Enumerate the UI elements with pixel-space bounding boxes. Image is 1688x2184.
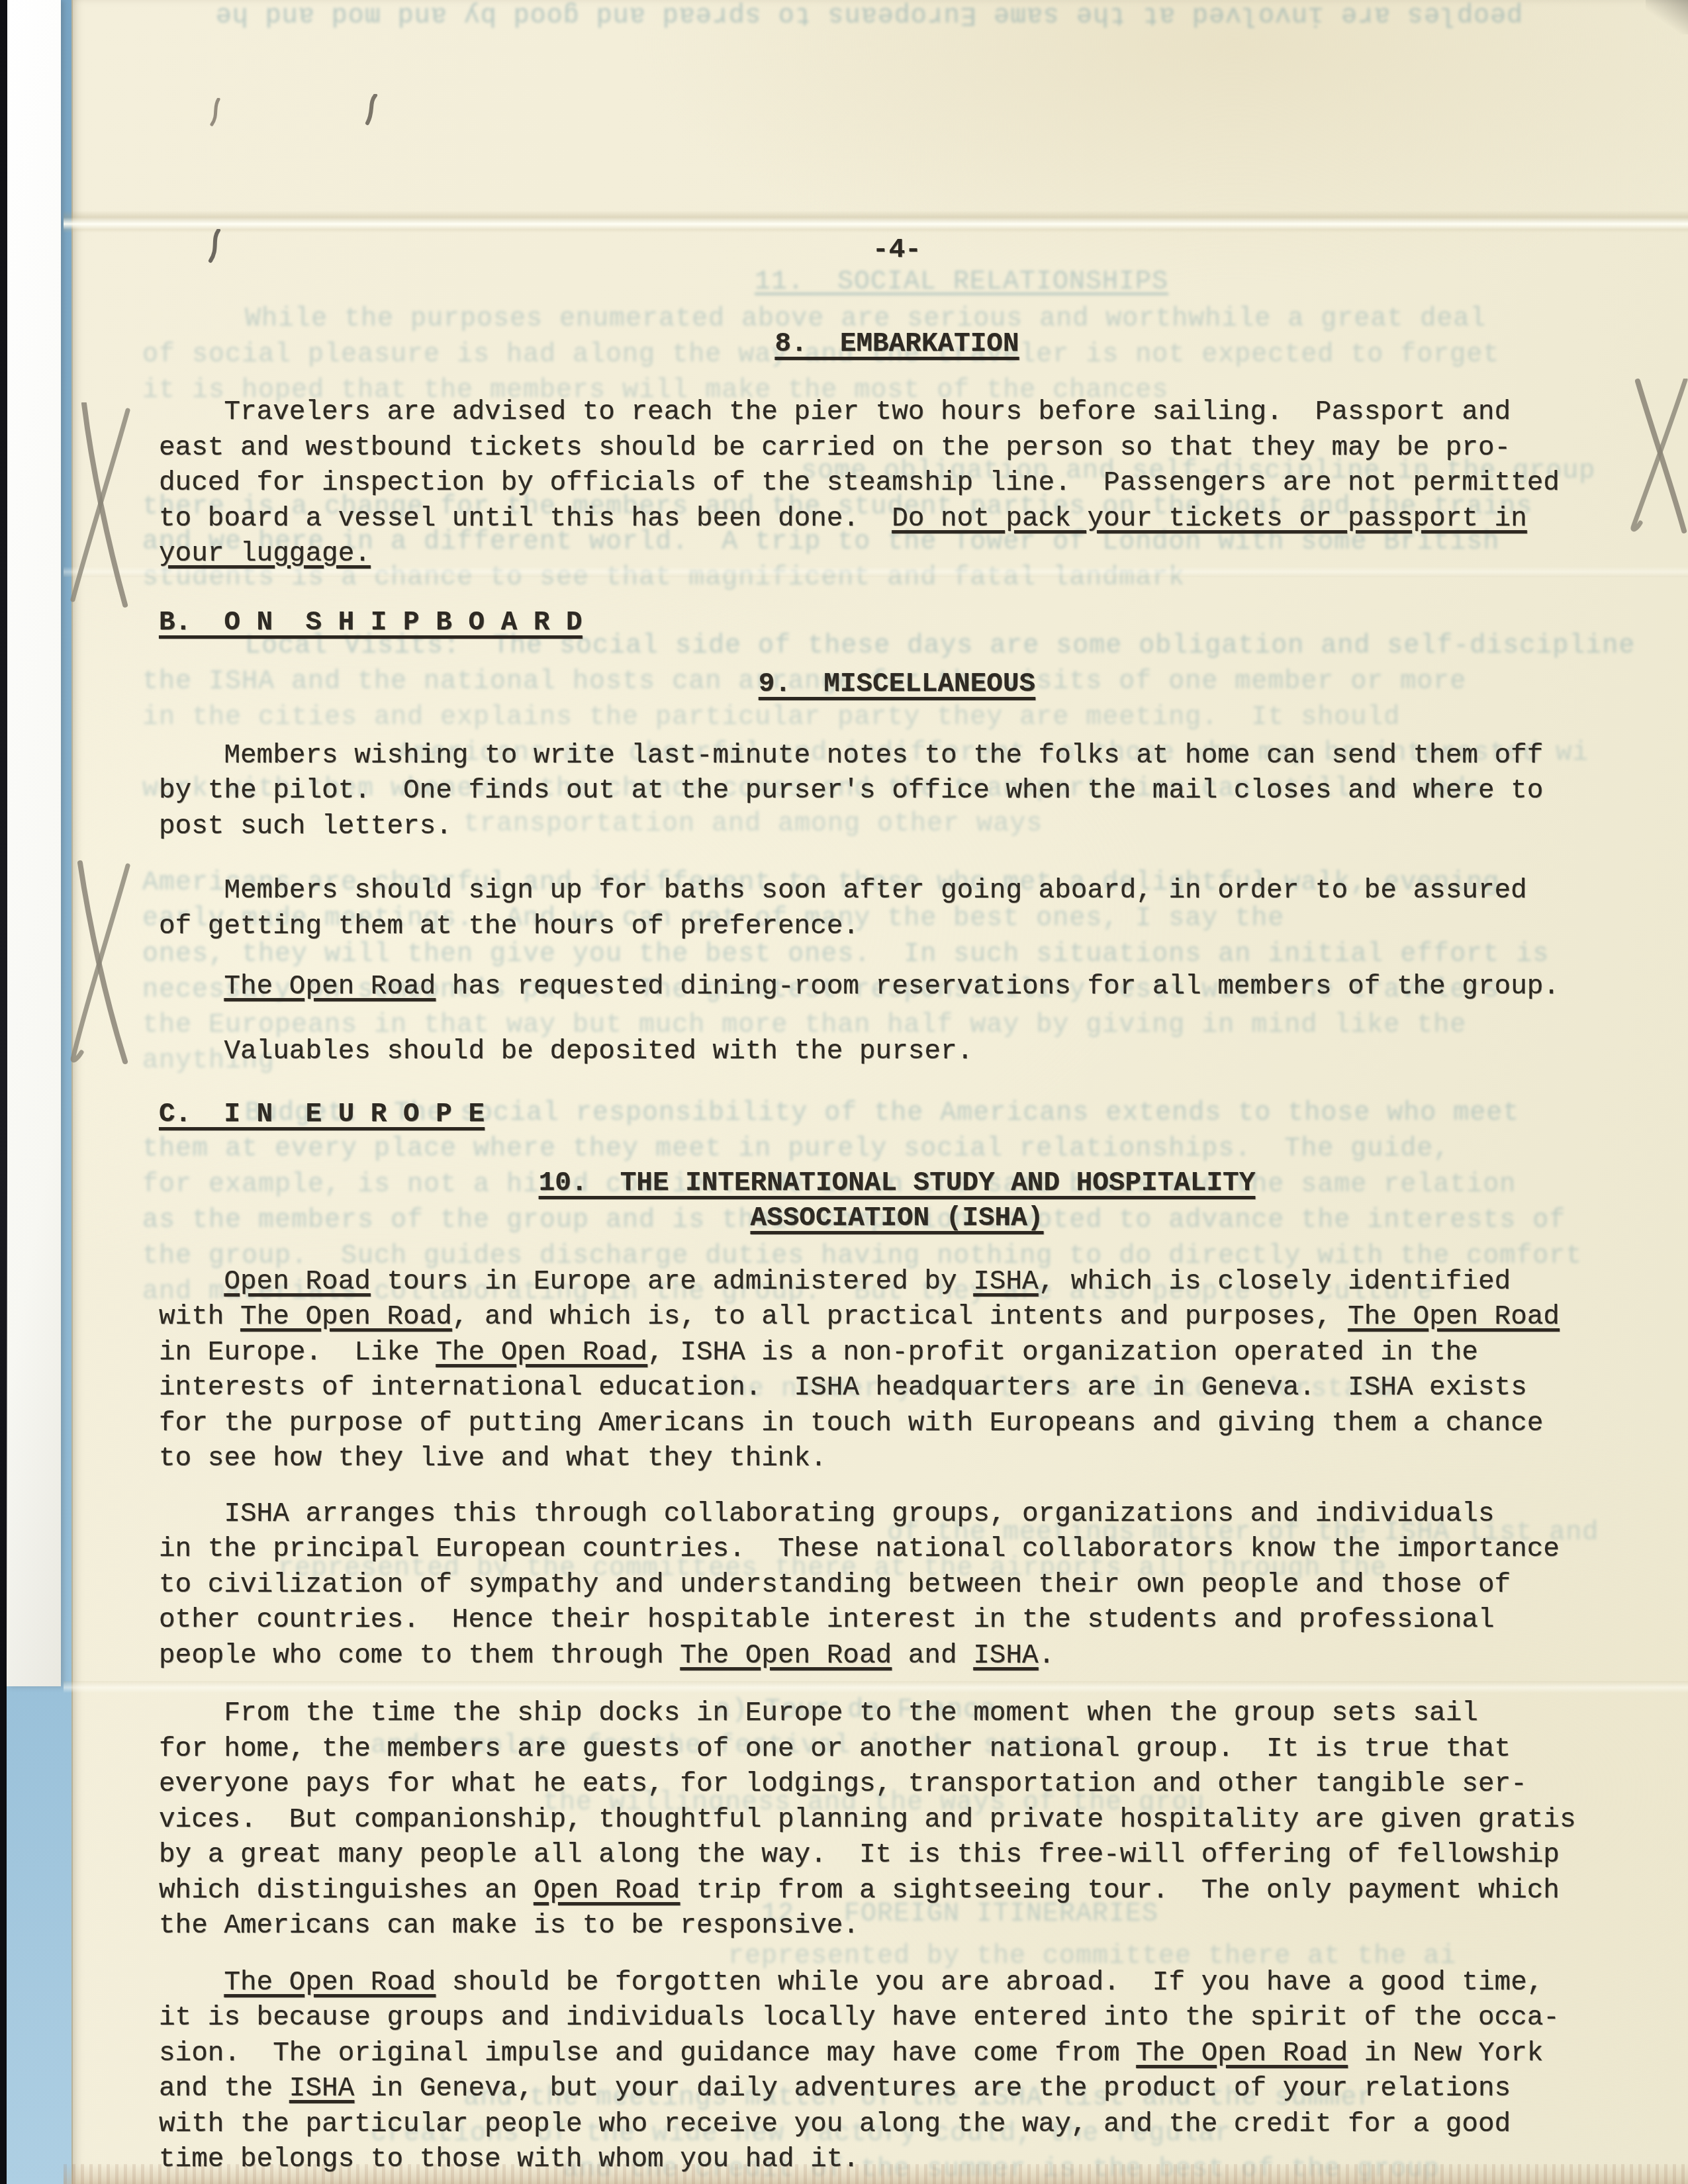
underlined-phrase: The Open Road xyxy=(436,1338,647,1368)
text-line: to board a vessel until this has been do… xyxy=(159,502,1549,537)
text-segment: of getting them at the hours of preferen… xyxy=(159,911,859,942)
text-line: east and westbound tickets should be car… xyxy=(159,431,1549,467)
pencil-x-mark-left-1 xyxy=(70,402,136,609)
paper-crease-mark xyxy=(205,229,225,263)
text-segment: with xyxy=(159,1302,240,1332)
paper-crease-mark xyxy=(359,94,382,126)
text-segment: duced for inspection by officials of the… xyxy=(159,468,1560,498)
text-segment: by the pilot. One finds out at the purse… xyxy=(159,776,1543,806)
page-number: -4- xyxy=(202,233,1592,269)
text-line: for the purpose of putting Americans in … xyxy=(159,1406,1549,1442)
text-line: duced for inspection by officials of the… xyxy=(159,466,1549,502)
underlined-phrase: your luggage. xyxy=(159,539,371,569)
text-segment: everyone pays for what he eats, for lodg… xyxy=(159,1769,1527,1799)
heading-text: 9. MISCELLANEOUS xyxy=(759,669,1035,700)
underlined-phrase: ISHA xyxy=(289,2073,354,2104)
underlined-phrase: The Open Road xyxy=(1136,2038,1348,2069)
underlined-phrase: Do not pack your tickets or passport in xyxy=(892,504,1527,534)
paragraph-p1: Travelers are advised to reach the pier … xyxy=(159,395,1549,572)
text-line: vices. But companionship, thoughtful pla… xyxy=(159,1803,1549,1839)
paragraph-p3: Members should sign up for baths soon af… xyxy=(159,874,1549,944)
paragraph-p7: ISHA arranges this through collaborating… xyxy=(159,1497,1549,1674)
text-segment: Valuables should be deposited with the p… xyxy=(224,1036,973,1067)
heading-text: C. I N E U R O P E xyxy=(159,1099,485,1130)
text-line: time belongs to those with whom you had … xyxy=(159,2142,1549,2178)
text-segment: . xyxy=(1039,1641,1055,1671)
text-line: of getting them at the hours of preferen… xyxy=(159,909,1549,945)
text-segment: post such letters. xyxy=(159,811,452,842)
text-segment: trip from a sightseeing tour. The only p… xyxy=(680,1876,1560,1906)
heading-line: ASSOCIATION (ISHA) xyxy=(202,1201,1592,1237)
text-line: everyone pays for what he eats, for lodg… xyxy=(159,1767,1549,1803)
underlined-phrase: ISHA xyxy=(973,1267,1038,1297)
heading-text: ASSOCIATION (ISHA) xyxy=(751,1203,1044,1234)
text-segment: to civilization of sympathy and understa… xyxy=(159,1570,1511,1600)
text-segment: time belongs to those with whom you had … xyxy=(159,2144,859,2175)
text-line: it is because groups and individuals loc… xyxy=(159,2001,1549,2036)
text-line: for home, the members are guests of one … xyxy=(159,1732,1549,1768)
text-segment: the Americans can make is to be responsi… xyxy=(159,1911,859,1941)
text-segment: ISHA arranges this through collaborating… xyxy=(224,1499,1494,1529)
text-line: to civilization of sympathy and understa… xyxy=(159,1568,1549,1604)
paper-crease-mark xyxy=(207,98,225,127)
text-segment: it is because groups and individuals loc… xyxy=(159,2003,1560,2033)
text-segment: Members wishing to write last-minute not… xyxy=(224,741,1543,771)
text-line: interests of international education. IS… xyxy=(159,1371,1549,1406)
text-line: Valuables should be deposited with the p… xyxy=(159,1034,1549,1070)
heading-text: 10. THE INTERNATIONAL STUDY AND HOSPITAL… xyxy=(539,1168,1256,1199)
text-line: Open Road tours in Europe are administer… xyxy=(159,1265,1549,1300)
text-segment: to board a vessel until this has been do… xyxy=(159,504,892,534)
text-segment: by a great many people all along the way… xyxy=(159,1840,1560,1870)
paragraph-p2: Members wishing to write last-minute not… xyxy=(159,739,1549,845)
text-segment: From the time the ship docks in Europe t… xyxy=(224,1698,1478,1729)
text-line: From the time the ship docks in Europe t… xyxy=(159,1696,1549,1732)
text-line: to see how they live and what they think… xyxy=(159,1441,1549,1477)
text-line: The Open Road has requested dining-room … xyxy=(159,970,1549,1005)
text-segment: , and which is, to all practical intents… xyxy=(452,1302,1348,1332)
text-segment: with the particular people who receive y… xyxy=(159,2109,1511,2140)
text-line: with The Open Road, and which is, to all… xyxy=(159,1300,1549,1336)
text-segment: east and westbound tickets should be car… xyxy=(159,433,1511,463)
text-segment: Travelers are advised to reach the pier … xyxy=(224,397,1511,428)
paragraph-p8: From the time the ship docks in Europe t… xyxy=(159,1696,1549,1944)
text-line: the Americans can make is to be responsi… xyxy=(159,1909,1549,1944)
heading-text: 8. EMBARKATION xyxy=(774,329,1019,359)
text-line: which distinguishes an Open Road trip fr… xyxy=(159,1874,1549,1909)
text-segment: interests of international education. IS… xyxy=(159,1373,1527,1403)
heading-line: 10. THE INTERNATIONAL STUDY AND HOSPITAL… xyxy=(202,1166,1592,1202)
paragraph-p5: Valuables should be deposited with the p… xyxy=(159,1034,1549,1070)
section-heading-hc: C. I N E U R O P E xyxy=(159,1097,1549,1133)
text-line: in Europe. Like The Open Road, ISHA is a… xyxy=(159,1336,1549,1371)
text-line: by the pilot. One finds out at the purse… xyxy=(159,774,1549,809)
text-segment: vices. But companionship, thoughtful pla… xyxy=(159,1805,1576,1835)
section-heading-h8: 8. EMBARKATION xyxy=(202,327,1592,363)
text-segment: which distinguishes an xyxy=(159,1876,534,1906)
heading-text: B. O N S H I P B O A R D xyxy=(159,608,583,638)
text-segment: tours in Europe are administered by xyxy=(371,1267,973,1297)
text-line: in the principal European countries. The… xyxy=(159,1532,1549,1568)
text-line: sion. The original impulse and guidance … xyxy=(159,2036,1549,2072)
text-segment: people who come to them through xyxy=(159,1641,680,1671)
text-segment: , ISHA is a non-profit organization oper… xyxy=(647,1338,1478,1368)
text-segment: in Geneva, but your daily adventures are… xyxy=(354,2073,1511,2104)
text-segment: and the xyxy=(159,2073,289,2104)
text-line: and the ISHA in Geneva, but your daily a… xyxy=(159,2071,1549,2107)
text-line: post such letters. xyxy=(159,809,1549,845)
underlined-phrase: The Open Road xyxy=(680,1641,892,1671)
underlined-phrase: The Open Road xyxy=(224,1968,436,1998)
text-line: The Open Road should be forgotten while … xyxy=(159,1966,1549,2001)
text-segment: , which is closely identified xyxy=(1039,1267,1511,1297)
text-segment: and xyxy=(892,1641,973,1671)
underlined-phrase: The Open Road xyxy=(240,1302,452,1332)
text-column: -4-8. EMBARKATIONTravelers are advised t… xyxy=(159,0,1549,2178)
pencil-x-mark-right xyxy=(1630,379,1688,535)
underlined-phrase: Open Road xyxy=(224,1267,370,1297)
text-line: your luggage. xyxy=(159,537,1549,572)
pencil-x-mark-left-2 xyxy=(68,860,134,1066)
underlined-phrase: The Open Road xyxy=(224,972,436,1002)
scanned-document: { "document": { "page_number": "-4-", "b… xyxy=(0,0,1688,2184)
section-heading-h10: 10. THE INTERNATIONAL STUDY AND HOSPITAL… xyxy=(159,1166,1549,1237)
text-segment: sion. The original impulse and guidance … xyxy=(159,2038,1136,2069)
text-segment: for the purpose of putting Americans in … xyxy=(159,1408,1543,1439)
underlined-phrase: ISHA xyxy=(973,1641,1038,1671)
text-line: people who come to them through The Open… xyxy=(159,1639,1549,1674)
text-line: other countries. Hence their hospitable … xyxy=(159,1603,1549,1639)
text-segment: in New York xyxy=(1348,2038,1543,2069)
section-heading-hb: B. O N S H I P B O A R D xyxy=(159,606,1549,641)
section-heading-h9: 9. MISCELLANEOUS xyxy=(202,667,1592,703)
text-line: Members should sign up for baths soon af… xyxy=(159,874,1549,909)
text-segment: for home, the members are guests of one … xyxy=(159,1734,1511,1764)
paragraph-p9: The Open Road should be forgotten while … xyxy=(159,1966,1549,2178)
underlined-phrase: The Open Road xyxy=(1348,1302,1560,1332)
text-line: ISHA arranges this through collaborating… xyxy=(159,1497,1549,1533)
text-line: Travelers are advised to reach the pier … xyxy=(159,395,1549,431)
text-segment: other countries. Hence their hospitable … xyxy=(159,1605,1495,1635)
text-segment: Members should sign up for baths soon af… xyxy=(224,876,1526,906)
text-segment: in the principal European countries. The… xyxy=(159,1534,1560,1565)
paragraph-p6: Open Road tours in Europe are administer… xyxy=(159,1265,1549,1477)
text-line: Members wishing to write last-minute not… xyxy=(159,739,1549,774)
text-segment: has requested dining-room reservations f… xyxy=(436,972,1560,1002)
text-segment: in Europe. Like xyxy=(159,1338,436,1368)
text-segment: to see how they live and what they think… xyxy=(159,1443,827,1474)
text-line: with the particular people who receive y… xyxy=(159,2107,1549,2143)
text-line: by a great many people all along the way… xyxy=(159,1838,1549,1874)
text-segment: should be forgotten while you are abroad… xyxy=(436,1968,1543,1998)
paragraph-p4: The Open Road has requested dining-room … xyxy=(159,970,1549,1005)
underlined-phrase: Open Road xyxy=(534,1876,680,1906)
